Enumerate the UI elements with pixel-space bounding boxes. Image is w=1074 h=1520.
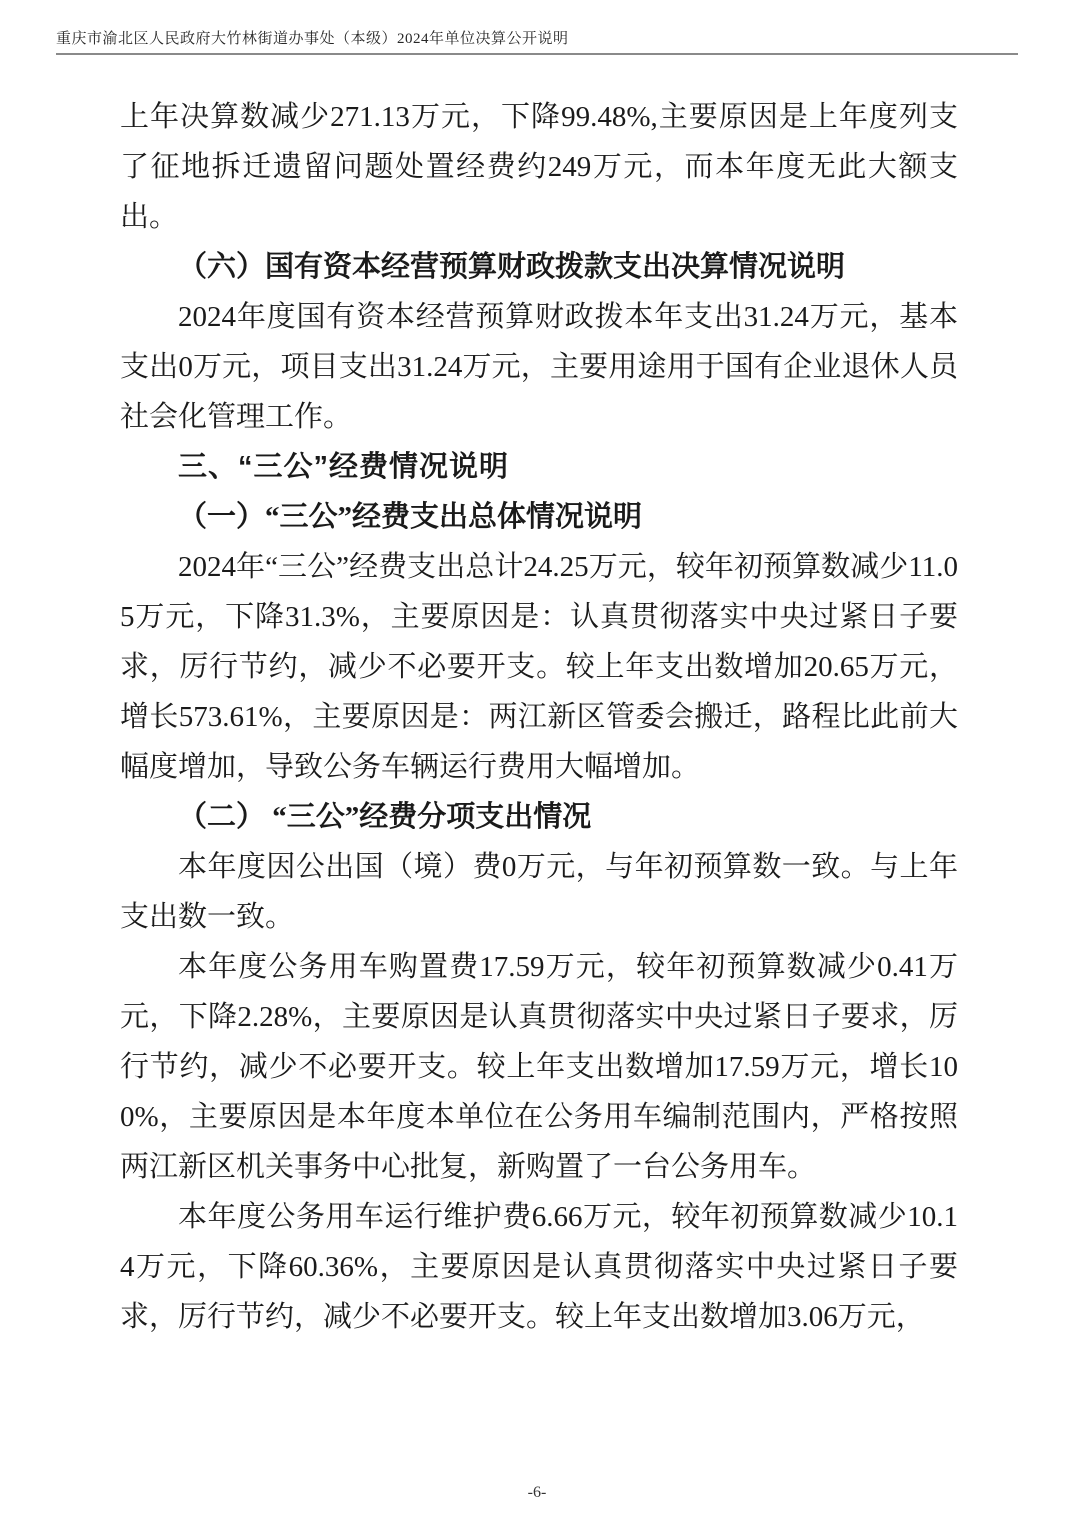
- paragraph-prev-year-decrease: 上年决算数减少271.13万元，下降99.48%,主要原因是上年度列支了征地拆迁…: [120, 92, 958, 242]
- heading-section-1-overall-spending: （一）“三公”经费支出总体情况说明: [120, 492, 958, 542]
- page-number: -6-: [528, 1484, 547, 1501]
- paragraph-vehicle-purchase: 本年度公务用车购置费17.59万元，较年初预算数减少0.41万元，下降2.28%…: [120, 942, 958, 1192]
- document-page: 重庆市渝北区人民政府大竹林街道办事处（本级）2024年单位决算公开说明 上年决算…: [0, 0, 1074, 1520]
- paragraph-overseas-travel: 本年度因公出国（境）费0万元，与年初预算数一致。与上年支出数一致。: [120, 842, 958, 942]
- paragraph-state-capital-details: 2024年度国有资本经营预算财政拨本年支出31.24万元，基本支出0万元，项目支…: [120, 292, 958, 442]
- paragraph-vehicle-maintenance: 本年度公务用车运行维护费6.66万元，较年初预算数减少10.14万元，下降60.…: [120, 1192, 958, 1342]
- heading-section-6-state-capital: （六）国有资本经营预算财政拨款支出决算情况说明: [120, 242, 958, 292]
- heading-section-2-itemized-spending: （二） “三公”经费分项支出情况: [120, 792, 958, 842]
- document-header-title: 重庆市渝北区人民政府大竹林街道办事处（本级）2024年单位决算公开说明: [56, 31, 569, 47]
- paragraph-overall-spending-details: 2024年“三公”经费支出总计24.25万元，较年初预算数减少11.05万元，下…: [120, 542, 958, 792]
- document-body: 上年决算数减少271.13万元，下降99.48%,主要原因是上年度列支了征地拆迁…: [120, 92, 958, 1342]
- document-header: 重庆市渝北区人民政府大竹林街道办事处（本级）2024年单位决算公开说明: [56, 28, 1018, 55]
- heading-part-3-three-public-funds: 三、“三公”经费情况说明: [120, 442, 958, 492]
- document-footer: -6-: [0, 1484, 1074, 1502]
